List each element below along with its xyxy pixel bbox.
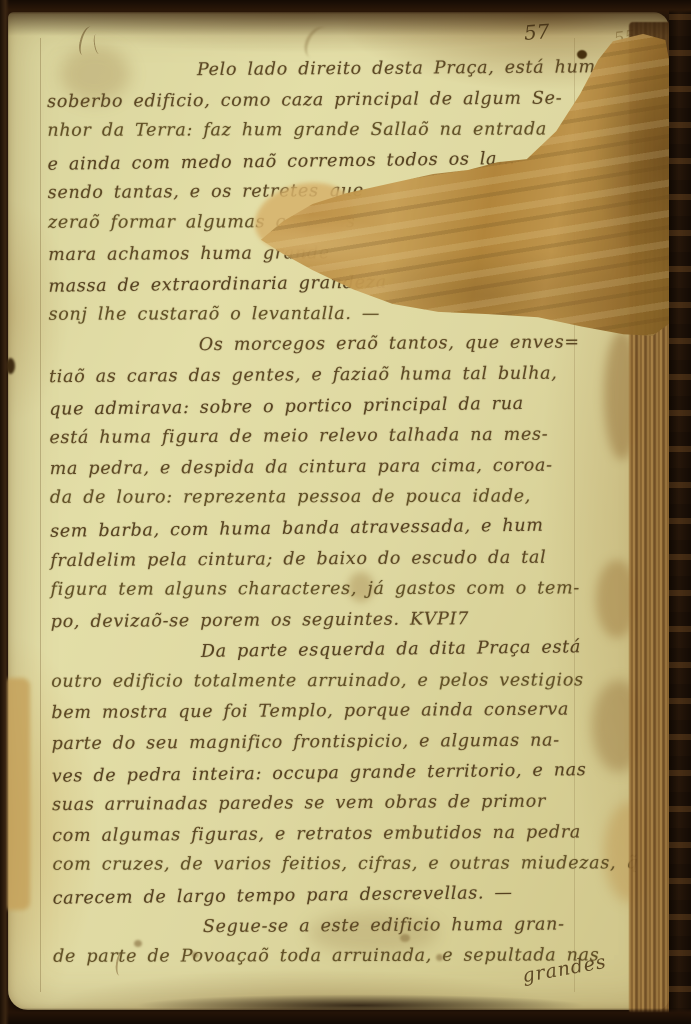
manuscript-line: bem mostra que foi Templo, porque ainda … (51, 694, 657, 729)
manuscript-line: com cruzes, de varios feitios, cifras, e… (52, 849, 658, 881)
manuscript-line: fraldelim pela cintura; de baixo do escu… (50, 541, 656, 576)
binding-top (0, 0, 691, 14)
manuscript-line: outro edificio totalmente arruinado, e p… (51, 665, 657, 697)
manuscript-line: Os morcegos eraõ tantos, que enves= (49, 327, 655, 362)
manuscript-line: Pelo lado direito desta Praça, está hum (47, 52, 653, 87)
binding-right (669, 0, 691, 1024)
manuscript-line: suas arruinadas paredes se vem obras de … (52, 786, 658, 821)
manuscript-line: da de louro: reprezenta pessoa de pouca … (50, 482, 656, 514)
manuscript-line: Segue-se a este edificio huma gran- (53, 909, 659, 944)
binding-left (0, 0, 9, 1024)
manuscript-line: com algumas figuras, e retratos embutido… (52, 817, 658, 852)
manuscript-line: figura tem alguns characteres, já gastos… (50, 573, 656, 605)
manuscript-line: está huma figura de meio relevo talhada … (49, 419, 655, 454)
left-margin-rule (40, 38, 41, 992)
manuscript-line: Da parte esquerda da dita Praça está (51, 632, 657, 670)
binding-bottom (0, 1008, 691, 1024)
manuscript-page: 57 55 Pelo lado direito desta Praça, est… (8, 12, 669, 1010)
manuscript-line: soberbo edificio, como caza principal de… (47, 82, 653, 117)
manuscript-photo: 57 55 Pelo lado direito desta Praça, est… (0, 0, 691, 1024)
manuscript-line: ma pedra, e despida da cintura para cima… (50, 450, 656, 485)
